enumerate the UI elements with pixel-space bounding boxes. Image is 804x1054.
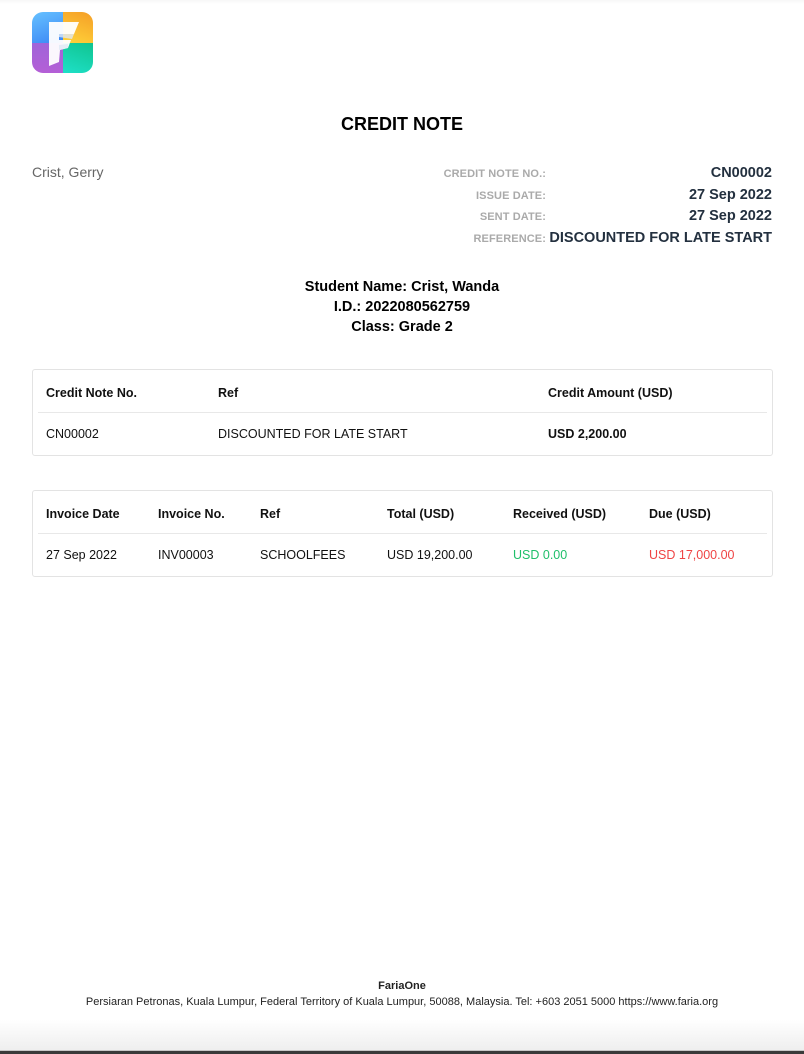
credit-amount-cell: USD 2,200.00 bbox=[548, 413, 627, 455]
meta-row-issue-date: ISSUE DATE: 27 Sep 2022 bbox=[386, 187, 772, 209]
credit-note-no-cell: CN00002 bbox=[46, 413, 99, 455]
column-header: Invoice Date bbox=[46, 491, 120, 533]
student-info: Student Name: Crist, Wanda I.D.: 2022080… bbox=[0, 277, 804, 337]
credit-note-page: CREDIT NOTE Crist, Gerry CREDIT NOTE NO.… bbox=[0, 0, 804, 1054]
meta-label: CREDIT NOTE NO.: bbox=[386, 168, 546, 180]
meta-label: SENT DATE: bbox=[386, 211, 546, 223]
ref-cell: DISCOUNTED FOR LATE START bbox=[218, 413, 408, 455]
meta-row-sent-date: SENT DATE: 27 Sep 2022 bbox=[386, 208, 772, 230]
student-class: Class: Grade 2 bbox=[0, 317, 804, 337]
meta-value: 27 Sep 2022 bbox=[546, 187, 772, 203]
received-cell: USD 0.00 bbox=[513, 534, 567, 576]
table-header: Invoice Date Invoice No. Ref Total (USD)… bbox=[38, 491, 767, 534]
table-row: CN00002 DISCOUNTED FOR LATE START USD 2,… bbox=[38, 413, 767, 455]
column-header: Credit Amount (USD) bbox=[548, 370, 673, 412]
student-id: I.D.: 2022080562759 bbox=[0, 297, 804, 317]
invoice-table: Invoice Date Invoice No. Ref Total (USD)… bbox=[32, 490, 773, 577]
credit-note-table: Credit Note No. Ref Credit Amount (USD) … bbox=[32, 369, 773, 456]
meta-row-credit-note-no: CREDIT NOTE NO.: CN00002 bbox=[386, 165, 772, 187]
column-header: Ref bbox=[260, 491, 280, 533]
meta-value: DISCOUNTED FOR LATE START bbox=[546, 230, 772, 246]
footer-address: Persiaran Petronas, Kuala Lumpur, Federa… bbox=[0, 995, 804, 1011]
recipient-name: Crist, Gerry bbox=[32, 164, 104, 180]
column-header: Total (USD) bbox=[387, 491, 454, 533]
invoice-no-cell: INV00003 bbox=[158, 534, 214, 576]
due-cell: USD 17,000.00 bbox=[649, 534, 734, 576]
footer-org-name: FariaOne bbox=[0, 979, 804, 995]
column-header: Invoice No. bbox=[158, 491, 225, 533]
bottom-edge bbox=[0, 1050, 804, 1054]
credit-note-meta: CREDIT NOTE NO.: CN00002 ISSUE DATE: 27 … bbox=[386, 165, 772, 251]
column-header: Ref bbox=[218, 370, 238, 412]
column-header: Due (USD) bbox=[649, 491, 711, 533]
invoice-date-cell: 27 Sep 2022 bbox=[46, 534, 117, 576]
student-name: Student Name: Crist, Wanda bbox=[0, 277, 804, 297]
meta-value: CN00002 bbox=[546, 165, 772, 181]
meta-row-reference: REFERENCE: DISCOUNTED FOR LATE START bbox=[386, 230, 772, 252]
document-title: CREDIT NOTE bbox=[0, 114, 804, 135]
faria-logo-icon bbox=[32, 12, 93, 73]
column-header: Credit Note No. bbox=[46, 370, 137, 412]
meta-value: 27 Sep 2022 bbox=[546, 208, 772, 224]
total-cell: USD 19,200.00 bbox=[387, 534, 472, 576]
column-header: Received (USD) bbox=[513, 491, 606, 533]
footer: FariaOne Persiaran Petronas, Kuala Lumpu… bbox=[0, 979, 804, 1010]
table-row: 27 Sep 2022 INV00003 SCHOOLFEES USD 19,2… bbox=[38, 534, 767, 576]
table-header: Credit Note No. Ref Credit Amount (USD) bbox=[38, 370, 767, 413]
ref-cell: SCHOOLFEES bbox=[260, 534, 345, 576]
meta-label: ISSUE DATE: bbox=[386, 190, 546, 202]
meta-label: REFERENCE: bbox=[386, 233, 546, 245]
